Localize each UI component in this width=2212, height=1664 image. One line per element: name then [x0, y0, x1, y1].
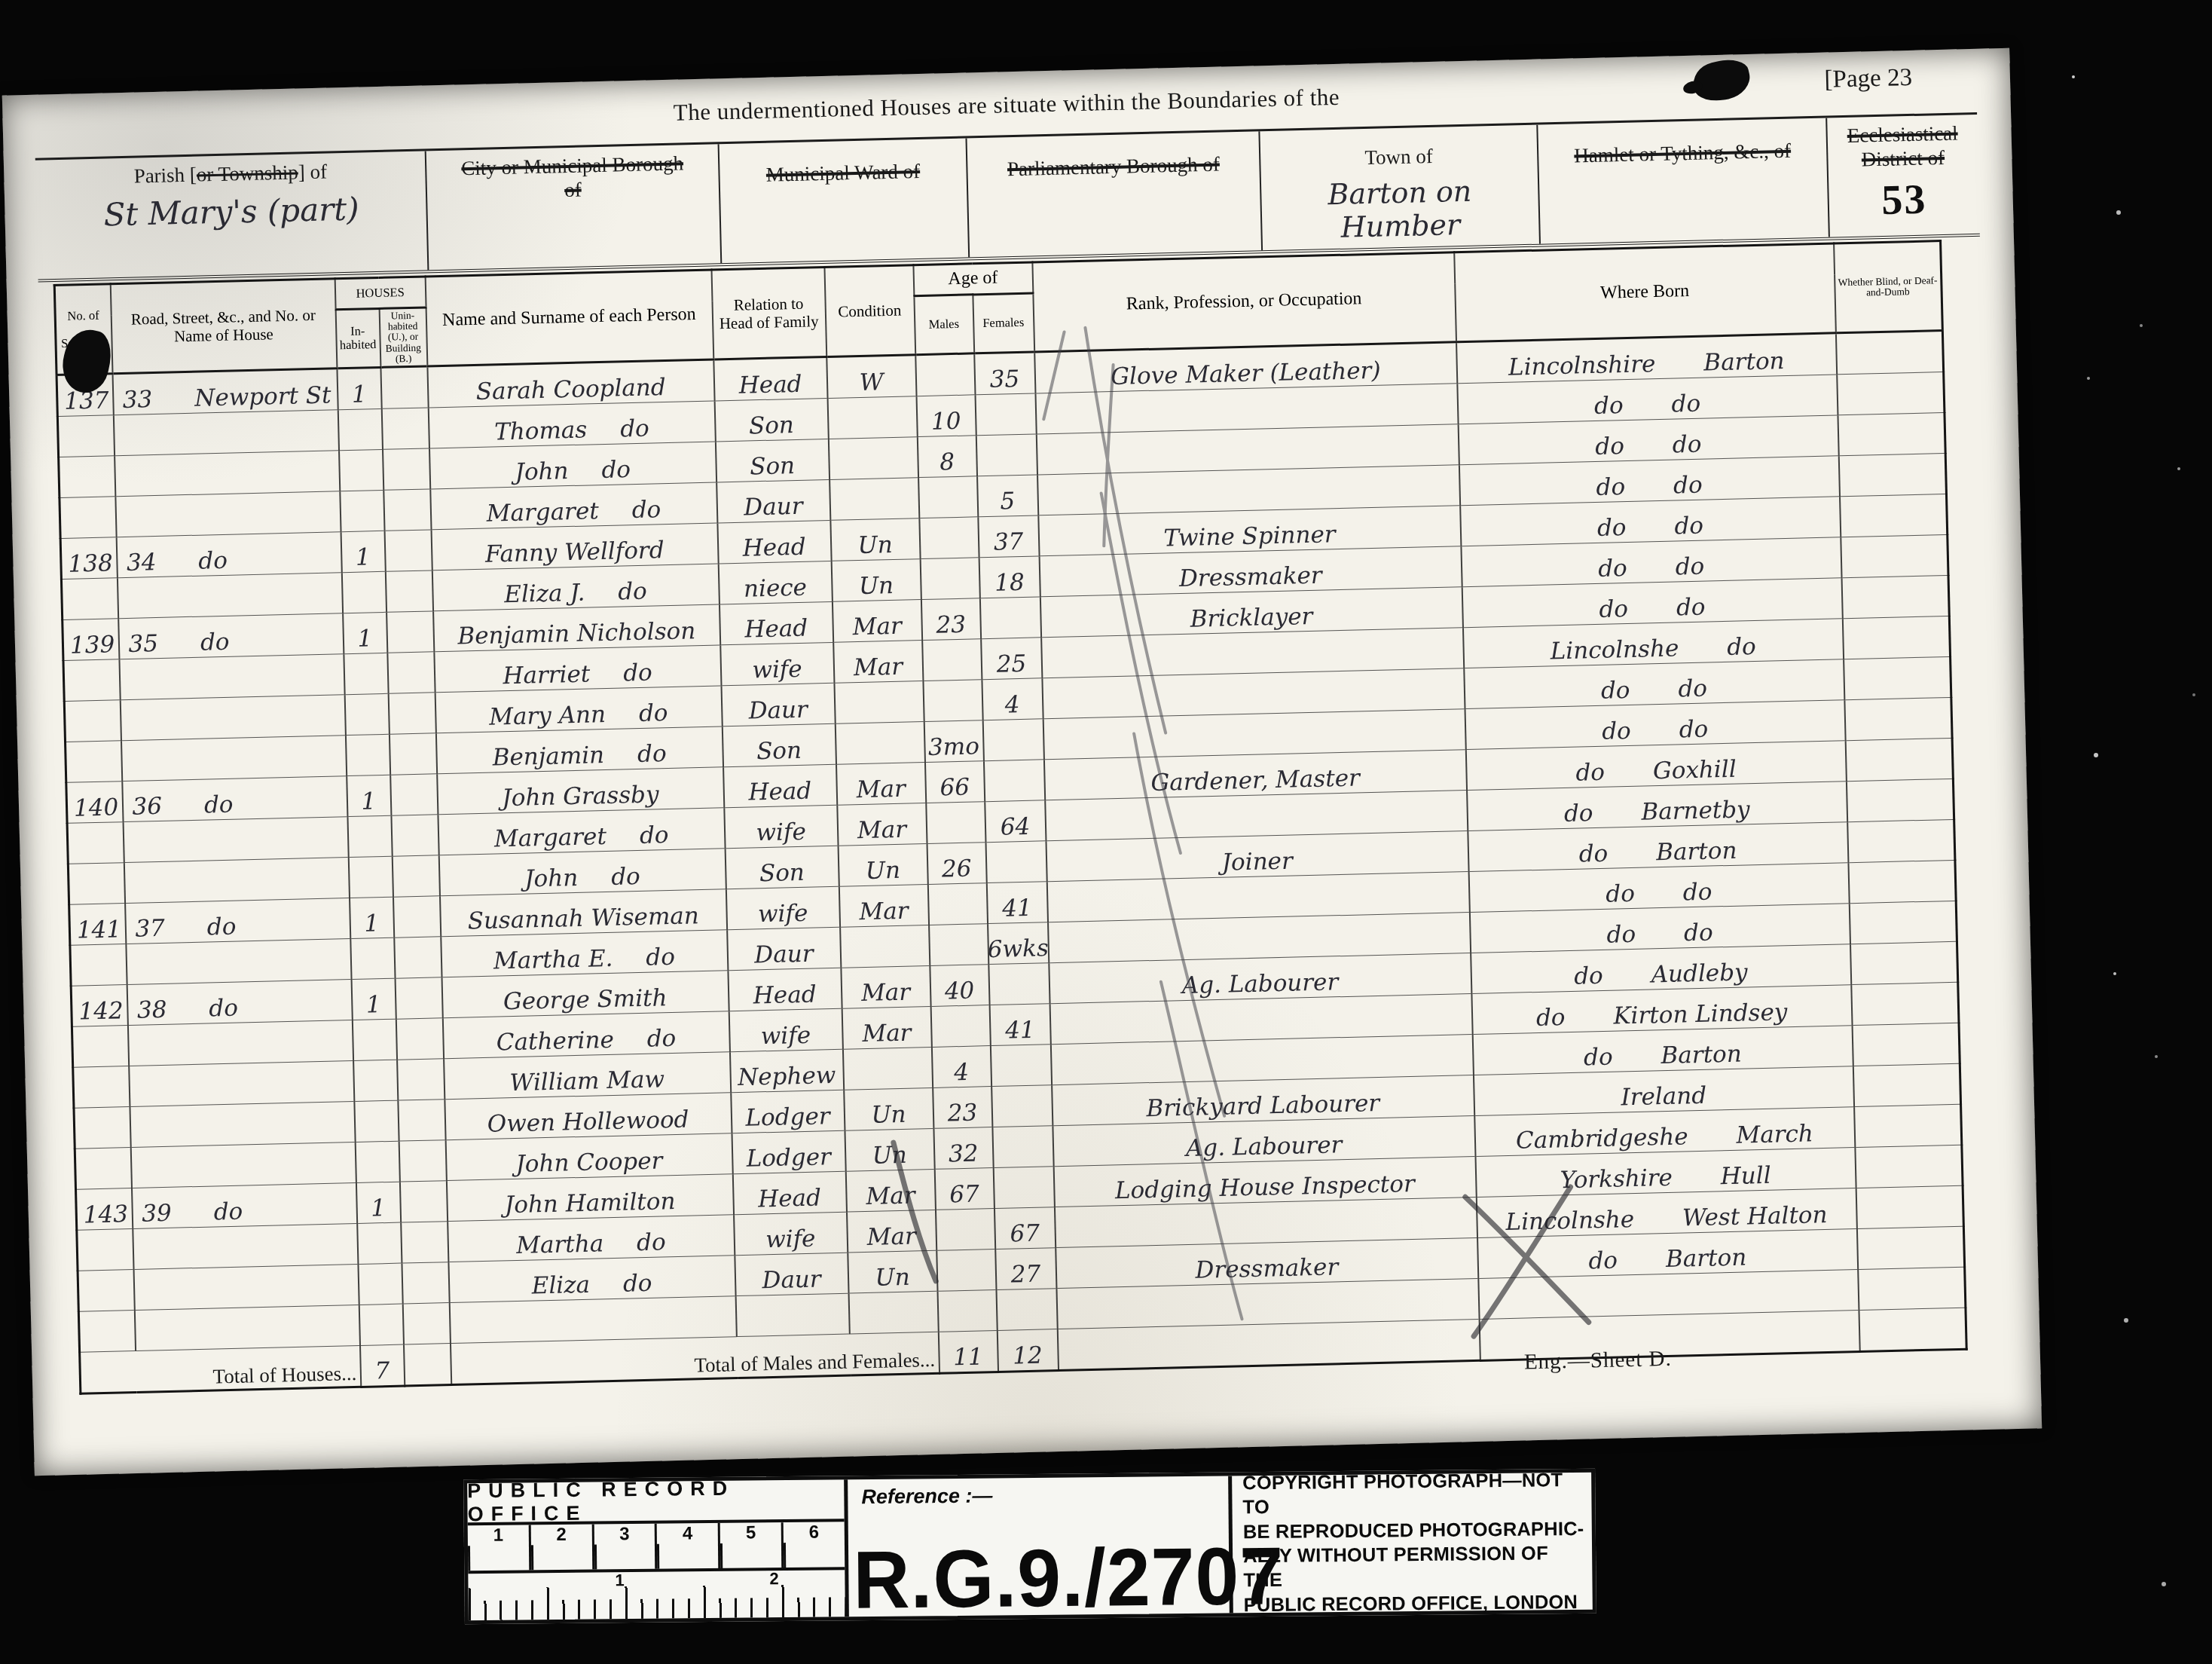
handwritten-entry: do: [1675, 552, 1704, 580]
cell-uninhab: [401, 1222, 448, 1263]
handwritten-entry: Mar: [866, 1182, 915, 1210]
cell-m: [919, 517, 979, 559]
cell-name: Harrietdo: [434, 645, 721, 693]
handwritten-entry: 40: [944, 977, 974, 1005]
handwritten-entry: 6wks: [988, 934, 1049, 963]
cell-name: Elizado: [448, 1256, 735, 1303]
pro-reference-stamp: PUBLIC RECORD OFFICE 123456 1 2 Referenc…: [463, 1469, 1596, 1624]
cell-m: [920, 558, 979, 600]
handwritten-entry: wife: [765, 1225, 816, 1253]
cell-uninhab: [402, 1302, 450, 1344]
cell-blind: [1842, 616, 1950, 659]
handwritten-entry: Son: [750, 452, 796, 480]
handwritten-entry: Head: [742, 534, 806, 562]
handwritten-entry: Dressmaker: [1179, 561, 1322, 592]
cell-sched: [60, 497, 116, 539]
total-houses-value: 7: [359, 1344, 404, 1387]
cell-blind: [1848, 860, 1956, 903]
handwritten-entry: Lincolnshire: [1508, 350, 1656, 381]
cell-rel: Head: [717, 520, 831, 564]
cell-f: 37: [978, 515, 1039, 558]
cell-f: 18: [979, 556, 1040, 598]
handwritten-entry: 33: [122, 386, 152, 414]
handwritten-entry: West Halton: [1682, 1201, 1828, 1232]
cell-cond: Un: [831, 558, 921, 601]
handwritten-entry: Benjamin: [492, 742, 604, 771]
cell-inhab: [339, 449, 383, 491]
cell-rel: niece: [718, 561, 832, 604]
municipal-ward-label: Municipal Ward of: [724, 158, 962, 188]
handwritten-entry: Gardener, Master: [1150, 764, 1360, 797]
cell-f: 35: [974, 352, 1035, 395]
cell-road: 36do: [122, 775, 347, 821]
cell-blind: [1838, 453, 1946, 496]
handwritten-entry: Yorkshire: [1560, 1164, 1673, 1194]
handwritten-entry: Martha E.: [493, 945, 613, 975]
cell-m: [936, 1249, 996, 1291]
cell-inhab: 1: [356, 1182, 400, 1223]
handwritten-entry: do: [198, 547, 228, 575]
handwritten-entry: wife: [758, 900, 808, 928]
cell-name: William Maw: [444, 1052, 731, 1100]
handwritten-entry: Head: [753, 980, 817, 1009]
cell-road: 39do: [131, 1182, 356, 1228]
handwritten-entry: Dressmaker: [1195, 1253, 1338, 1283]
cell-road: [123, 816, 348, 862]
hamlet-label: Hamlet or Tything, &c., of: [1543, 138, 1822, 169]
handwritten-entry: do: [1578, 840, 1608, 868]
handwritten-entry: John Grassby: [502, 781, 659, 812]
cell-f: 41: [989, 1004, 1050, 1046]
header-males: Males: [914, 295, 974, 355]
cell-m: 10: [916, 395, 976, 437]
header-occupation: Rank, Profession, or Occupation: [1032, 252, 1456, 352]
cell-uninhab: [388, 693, 435, 734]
cell-inhab: [344, 653, 388, 694]
list-item: PUBLIC RECORD OFFICE, LONDON: [1244, 1590, 1585, 1618]
cell-inhab: 1: [351, 978, 396, 1020]
handwritten-entry: Head: [744, 615, 808, 644]
handwritten-entry: William Maw: [509, 1066, 665, 1097]
cell-m: 4: [931, 1045, 991, 1087]
cell-inhab: [338, 408, 382, 450]
cell-sched: [73, 1066, 130, 1108]
handwritten-entry: 34: [127, 549, 157, 577]
cell-cond: [835, 721, 924, 764]
handwritten-entry: do: [601, 456, 631, 484]
total-males-value: 11: [938, 1330, 998, 1373]
cell-cond: Un: [848, 1250, 937, 1293]
cell-inhab: 1: [341, 531, 385, 572]
cell-road: [130, 1101, 355, 1147]
cell-m: 66: [924, 761, 984, 803]
ruler-fine-scale: 1 2: [468, 1570, 845, 1620]
cell-f: [983, 760, 1044, 802]
handwritten-entry: Barnetby: [1641, 796, 1750, 825]
cell-m: [926, 802, 985, 844]
cell-f: 4: [982, 678, 1043, 720]
handwritten-entry: do: [637, 740, 667, 768]
cell-road: 35do: [118, 613, 344, 659]
cell-f: 5: [977, 475, 1038, 517]
cell-f: 41: [986, 882, 1047, 924]
cell-blind: [1835, 330, 1943, 374]
handwritten-entry: 139: [70, 631, 115, 659]
handwritten-entry: Ag. Labourer: [1181, 968, 1338, 999]
header-uninhabited: Unin-habited (U.), or Building (B.): [379, 307, 427, 367]
cell-road: [121, 736, 346, 782]
cell-name: Thomasdo: [428, 401, 715, 448]
hamlet-cell: Hamlet or Tything, &c., of: [1538, 118, 1830, 244]
ruler-number: 1: [615, 1571, 624, 1590]
cell-uninhab: [397, 1059, 445, 1100]
cell-sched: [59, 456, 115, 498]
handwritten-entry: wife: [752, 656, 802, 684]
handwritten-entry: 25: [996, 650, 1026, 678]
handwritten-entry: Mar: [856, 775, 906, 804]
cell-road: [127, 1020, 353, 1066]
handwritten-entry: Barton: [1666, 1243, 1747, 1273]
cell-blind: [1856, 1226, 1964, 1269]
cell-uninhab: [387, 652, 435, 693]
header-name: Name and Surname of each Person: [425, 270, 713, 366]
cell-blind: [1844, 656, 1951, 699]
handwritten-entry: Eliza: [531, 1271, 590, 1300]
cell-blind: [1851, 982, 1959, 1025]
handwritten-entry: 1: [351, 381, 367, 408]
cell-rel: Daur: [716, 479, 830, 523]
cell-road: [133, 1264, 359, 1310]
handwritten-entry: Lincolnshe: [1505, 1206, 1634, 1236]
handwritten-entry: do: [1682, 878, 1712, 906]
cell-sched: 143: [76, 1188, 133, 1230]
cell-sched: [78, 1310, 135, 1352]
cell-m: [923, 680, 982, 722]
cell-road: [113, 410, 338, 456]
handwritten-entry: Sarah Coopland: [475, 374, 666, 405]
handwritten-entry: do: [639, 699, 668, 727]
cell-rel: wife: [729, 1008, 842, 1052]
handwritten-entry: John Cooper: [515, 1147, 663, 1178]
handwritten-entry: Ag. Labourer: [1186, 1131, 1343, 1162]
cell-inhab: [354, 1100, 399, 1142]
handwritten-entry: Lodger: [745, 1103, 830, 1132]
handwritten-entry: Joiner: [1221, 847, 1293, 876]
list-item: COPYRIGHT PHOTOGRAPH—NOT TO: [1242, 1468, 1584, 1520]
handwritten-entry: Mar: [861, 978, 911, 1007]
handwritten-entry: do: [1575, 759, 1605, 787]
cell-road: [126, 938, 351, 984]
handwritten-entry: do: [1671, 390, 1700, 418]
handwritten-entry: do: [618, 578, 647, 606]
cell-cond: [834, 681, 924, 723]
cell-rel: Son: [714, 398, 828, 442]
cell-blind: [1855, 1145, 1963, 1188]
cell-blind: [1853, 1063, 1960, 1106]
handwritten-entry: Hull: [1720, 1162, 1771, 1191]
handwritten-entry: Susannah Wiseman: [467, 902, 699, 934]
cell-name: George Smith: [441, 971, 729, 1018]
cell-m: [930, 1005, 990, 1047]
cell-sched: [67, 821, 124, 864]
cell-rel: wife: [726, 886, 839, 930]
town-cell: Town of Barton on Humber: [1260, 125, 1541, 251]
handwritten-entry: 5: [1000, 488, 1016, 515]
cell-name: Martha E.do: [441, 930, 728, 977]
stamp-ruler-section: PUBLIC RECORD OFFICE 123456 1 2: [467, 1479, 849, 1620]
cell-f: [991, 1085, 1053, 1127]
cell-name: Fanny Wellford: [431, 523, 718, 570]
parliamentary-borough-label: Parliamentary Borough of: [972, 151, 1255, 182]
handwritten-entry: 66: [939, 774, 970, 802]
cell-uninhab: [398, 1100, 445, 1141]
cell-uninhab: [399, 1140, 446, 1182]
cell-uninhab: [392, 855, 439, 897]
cell-f: [979, 597, 1040, 639]
cell-uninhab: [382, 448, 429, 490]
cell-cond: Un: [845, 1128, 934, 1171]
handwritten-entry: 64: [1000, 813, 1030, 841]
cell-blind: [1850, 941, 1958, 984]
handwritten-entry: 8: [939, 448, 955, 476]
cell-cond: Mar: [833, 640, 923, 683]
header-age-group: Age of: [913, 262, 1033, 296]
handwritten-entry: do: [623, 659, 652, 687]
handwritten-entry: Lincolnshe: [1550, 635, 1679, 665]
handwritten-entry: 1: [361, 788, 377, 815]
reference-label: Reference :—: [861, 1482, 1228, 1509]
cell-uninhab: [391, 815, 438, 856]
header-inhabited: In-habited: [335, 308, 380, 368]
handwritten-entry: do: [1674, 512, 1703, 540]
list-item: 5: [720, 1522, 784, 1568]
list-item: 4: [657, 1523, 720, 1569]
cell-road: 38do: [127, 979, 352, 1025]
handwritten-entry: do: [1574, 962, 1603, 990]
ecclesiastical-label: Ecclesiastical District of: [1832, 121, 1973, 173]
handwritten-entry: do: [620, 414, 649, 442]
cell-sched: 139: [63, 619, 119, 661]
cell-name: Margaretdo: [438, 808, 725, 855]
city-borough-cell: City or Municipal Borough of: [426, 144, 723, 270]
cell-road: [134, 1305, 359, 1350]
cell-sched: [63, 659, 120, 702]
handwritten-entry: do: [1588, 1246, 1618, 1274]
cell-name: Marthado: [448, 1215, 735, 1262]
cell-inhab: [358, 1263, 402, 1305]
handwritten-entry: do: [1678, 674, 1707, 702]
cell-m: 23: [921, 598, 980, 641]
cell-cond: Mar: [837, 803, 927, 846]
handwritten-entry: do: [1584, 1043, 1613, 1071]
cell-blind: [1837, 372, 1945, 414]
cell-rel: Head: [728, 968, 842, 1011]
cell-cond: Mar: [832, 599, 921, 642]
handwritten-entry: do: [1564, 800, 1593, 827]
cell-uninhab: [390, 774, 438, 815]
handwritten-entry: do: [1536, 1004, 1566, 1032]
parish-label: Parish [or Township] of: [40, 158, 421, 191]
empty-cell: [1057, 1319, 1480, 1370]
cell-f: [976, 434, 1037, 476]
cell-sched: [78, 1269, 134, 1311]
cell-f: 64: [985, 800, 1046, 843]
cell-uninhab: [395, 977, 442, 1019]
list-item: 1: [468, 1525, 531, 1571]
header-females: Females: [973, 293, 1034, 353]
cell-rel: Son: [722, 723, 836, 767]
handwritten-entry: Eliza J.: [504, 579, 585, 608]
handwritten-entry: do: [1595, 433, 1624, 460]
handwritten-entry: 67: [1010, 1219, 1040, 1247]
handwritten-entry: do: [1598, 555, 1627, 583]
cell-name: Susannah Wiseman: [439, 889, 726, 937]
handwritten-entry: do: [204, 791, 234, 819]
list-item: BE REPRODUCED PHOTOGRAPHIC-: [1243, 1517, 1584, 1545]
handwritten-entry: John Hamilton: [504, 1188, 675, 1219]
handwritten-entry: wife: [760, 1022, 811, 1051]
header-schedule: No. ofSchedule: [54, 284, 112, 375]
cell-blind: [1845, 738, 1953, 781]
cell-m: 40: [930, 964, 989, 1006]
cell-m: 8: [917, 436, 976, 478]
handwritten-entry: 67: [949, 1180, 979, 1208]
cell-name: John Grassby: [437, 767, 724, 815]
cell-m: 26: [927, 843, 986, 885]
handwritten-entry: Martha: [516, 1230, 604, 1259]
cell-uninhab: [384, 530, 432, 571]
cell-inhab: 1: [350, 897, 394, 938]
cell-uninhab: [394, 937, 441, 978]
handwritten-entry: Catherine: [496, 1026, 614, 1057]
handwritten-entry: Audleby: [1651, 959, 1748, 988]
cell-m: [937, 1289, 997, 1332]
list-item: 3: [594, 1524, 657, 1570]
handwritten-entry: Owen Hollewood: [487, 1106, 689, 1137]
handwritten-entry: 140: [74, 794, 119, 821]
cell-name: Eliza J.do: [432, 564, 719, 611]
cell-uninhab: [385, 570, 432, 612]
cell-blind: [1847, 819, 1955, 862]
cell-inhab: [347, 815, 392, 857]
handwritten-entry: 1: [364, 910, 380, 937]
handwritten-entry: Thomas: [494, 416, 588, 445]
parish-value: St Mary's (part): [41, 189, 422, 235]
handwritten-entry: do: [213, 1198, 243, 1225]
handwritten-entry: do: [646, 944, 675, 971]
cell-cond: Un: [838, 843, 927, 886]
handwritten-entry: Un: [872, 1142, 907, 1170]
cell-name: Owen Hollewood: [445, 1093, 732, 1140]
cell-cond: [828, 437, 918, 480]
handwritten-entry: 1: [371, 1194, 386, 1222]
header-road: Road, Street, &c., and No. or Name of Ho…: [110, 279, 337, 374]
cell-rel: Daur: [727, 927, 841, 971]
cell-f: [982, 719, 1043, 761]
cell-rel: [735, 1293, 849, 1337]
handwritten-entry: Kirton Lindsey: [1613, 999, 1788, 1029]
handwritten-entry: Un: [875, 1264, 910, 1292]
cell-cond: [829, 478, 919, 521]
parliamentary-borough-cell: Parliamentary Borough of: [967, 131, 1263, 257]
cell-inhab: [355, 1141, 399, 1182]
cell-f: [996, 1288, 1057, 1330]
handwritten-entry: Benjamin Nicholson: [457, 617, 696, 650]
city-borough-label: City or Municipal Borough of: [459, 151, 686, 205]
handwritten-entry: Mar: [859, 897, 909, 925]
handwritten-entry: 4: [954, 1059, 970, 1086]
cell-sched: [68, 862, 124, 904]
cell-cond: Un: [844, 1087, 933, 1130]
town-label: Town of: [1265, 142, 1533, 173]
handwritten-entry: Twine Spinner: [1163, 521, 1336, 552]
handwritten-entry: 138: [68, 549, 113, 577]
cell-name: Benjamin Nicholson: [433, 604, 720, 652]
folio-number-stamp: 53: [1833, 174, 1975, 225]
handwritten-entry: Brickyard Labourer: [1146, 1090, 1379, 1122]
handwritten-entry: Bricklayer: [1190, 603, 1313, 633]
header-condition: Condition: [824, 265, 915, 357]
handwritten-entry: Barton: [1703, 347, 1785, 377]
cell-name: Benjamindo: [435, 726, 723, 774]
handwritten-entry: 35: [128, 630, 158, 658]
cell-cond: [840, 925, 930, 968]
handwritten-entry: 32: [949, 1139, 979, 1167]
handwritten-entry: W: [859, 369, 884, 396]
handwritten-entry: do: [639, 821, 668, 849]
cell-rel: Daur: [721, 683, 835, 726]
handwritten-entry: 36: [132, 793, 162, 821]
handwritten-entry: do: [1596, 514, 1626, 542]
handwritten-entry: do: [1676, 593, 1706, 621]
handwritten-entry: do: [1606, 921, 1636, 949]
handwritten-entry: 27: [1010, 1260, 1040, 1288]
handwritten-entry: do: [1684, 919, 1713, 947]
handwritten-entry: niece: [744, 574, 808, 603]
handwritten-entry: Barton: [1661, 1040, 1742, 1069]
municipal-ward-cell: Municipal Ward of: [720, 138, 970, 263]
cell-rel: Lodger: [731, 1090, 845, 1133]
handwritten-entry: 3mo: [928, 733, 980, 761]
cell-m: 23: [933, 1086, 992, 1128]
handwritten-entry: 10: [931, 408, 961, 436]
handwritten-entry: John: [515, 457, 569, 486]
cell-road: [115, 451, 340, 497]
handwritten-entry: Daur: [754, 940, 814, 968]
cell-f: 6wks: [988, 922, 1049, 965]
handwritten-entry: Un: [871, 1101, 906, 1129]
cell-cond: Mar: [847, 1210, 936, 1253]
cell-uninhab: [389, 733, 436, 775]
handwritten-entry: Un: [857, 531, 893, 559]
cell-sched: [75, 1147, 131, 1189]
cell-sched: [61, 578, 118, 620]
cell-sched: [70, 944, 127, 986]
cell-inhab: [359, 1304, 403, 1345]
cell-rel: Son: [725, 846, 839, 889]
handwritten-entry: March: [1736, 1120, 1813, 1149]
handwritten-entry: do: [1601, 677, 1630, 705]
cell-blind: [1841, 534, 1948, 577]
handwritten-entry: Margaret: [494, 823, 607, 853]
handwritten-entry: Mary Ann: [489, 701, 606, 731]
handwritten-entry: 1: [357, 625, 373, 652]
handwritten-entry: 41: [1005, 1017, 1035, 1045]
cell-uninhab: [396, 1018, 443, 1060]
cell-blind: [1854, 1104, 1962, 1147]
cell-f: 25: [981, 638, 1042, 680]
cell-blind: [1838, 412, 1945, 455]
